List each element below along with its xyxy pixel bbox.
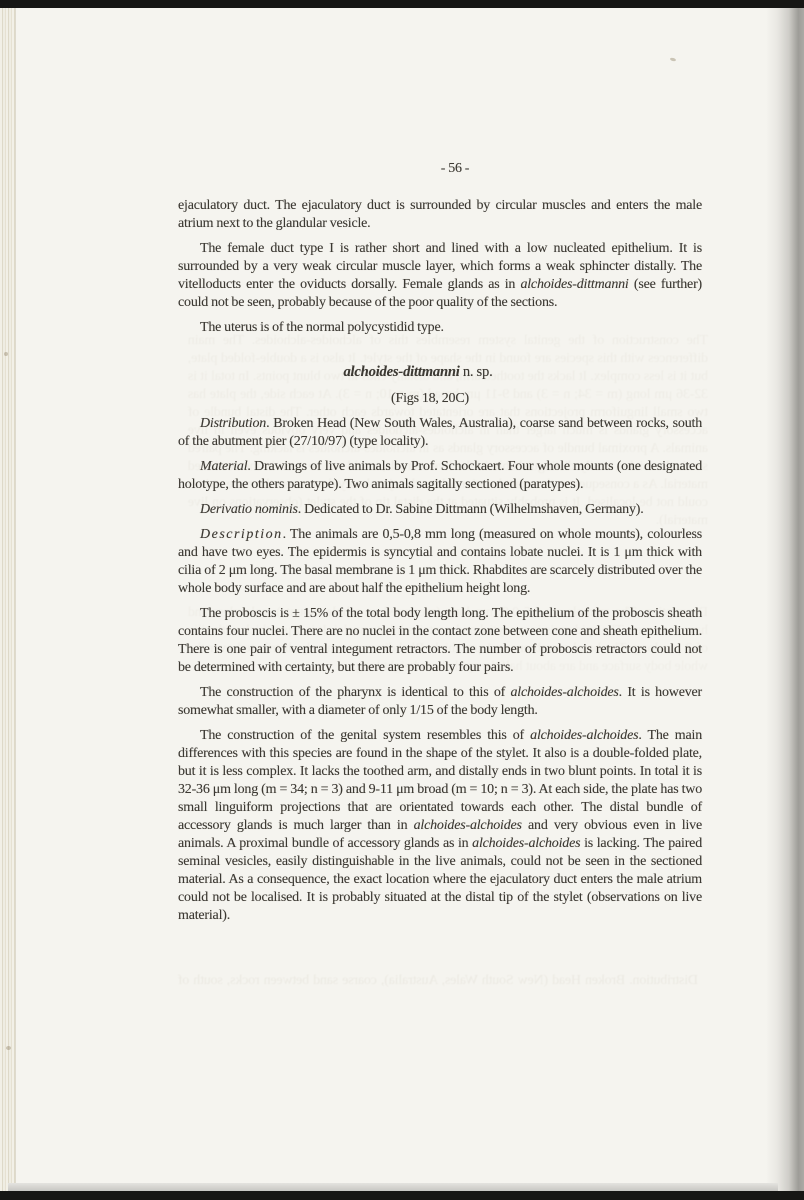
text-run: The construction of the pharynx is ident… [200,685,510,700]
text-body: - 56 - ejaculatory duct. The ejaculatory… [178,160,702,925]
text-run: ejaculatory duct. The ejaculatory duct i… [178,198,702,231]
book-binding-shadow [766,8,804,1191]
text-run: Description [200,527,283,542]
paragraph-distribution: Distribution. Broken Head (New South Wal… [178,415,702,451]
book-page-edges-bottom [8,1183,778,1191]
text-run: The proboscis is ± 15% of the total body… [178,606,702,675]
text-run: . Drawings of live animals by Prof. Scho… [178,459,702,492]
text-run: alchoides-dittmanni [520,277,628,292]
paragraph-description: Description. The animals are 0,5-0,8 mm … [178,526,702,598]
scan-speck [4,352,8,356]
text-run: alchoides-alchoides [530,728,638,743]
text-run: alchoides-dittmanni [343,364,459,380]
paragraph-material: Material. Drawings of live animals by Pr… [178,458,702,494]
paragraph-uterus: The uterus is of the normal polycystidid… [178,319,702,337]
page-number: - 56 - [193,160,717,178]
scan-speck [670,57,677,61]
text-run: Distribution [200,416,266,431]
paragraph-proboscis: The proboscis is ± 15% of the total body… [178,605,702,677]
text-run: alchoides-alchoides [472,836,580,851]
text-run: . Dedicated to Dr. Sabine Dittmann (Wilh… [298,502,644,517]
scanned-page: The construction of the genital system r… [0,0,804,1200]
paragraph-female-duct: The female duct type I is rather short a… [178,240,702,312]
paragraph-pharynx: The construction of the pharynx is ident… [178,684,702,720]
text-run: Derivatio nominis [200,502,298,517]
paragraph-derivatio-nominis: Derivatio nominis. Dedicated to Dr. Sabi… [178,501,702,519]
scan-border-top [0,0,804,8]
figs-reference: (Figs 18, 20C) [168,390,692,408]
paragraph-genital-system: The construction of the genital system r… [178,727,702,925]
species-heading: alchoides-dittmanni n. sp. [156,363,680,381]
text-run: Material [200,459,247,474]
text-run: The uterus is of the normal polycystidid… [200,320,444,335]
scan-border-bottom [0,1191,804,1200]
paragraph-ejaculatory-duct: ejaculatory duct. The ejaculatory duct i… [178,197,702,233]
text-run: alchoides-alchoides [414,818,522,833]
text-run: n. sp. [460,364,493,380]
show-through-text: Distribution. Broken Head (New South Wal… [178,972,698,992]
text-run: (Figs 18, 20C) [391,391,469,406]
book-page-edges [0,8,16,1191]
text-run: alchoides-alchoides [510,685,618,700]
scan-speck [6,1046,11,1050]
text-run: The construction of the genital system r… [200,728,530,743]
